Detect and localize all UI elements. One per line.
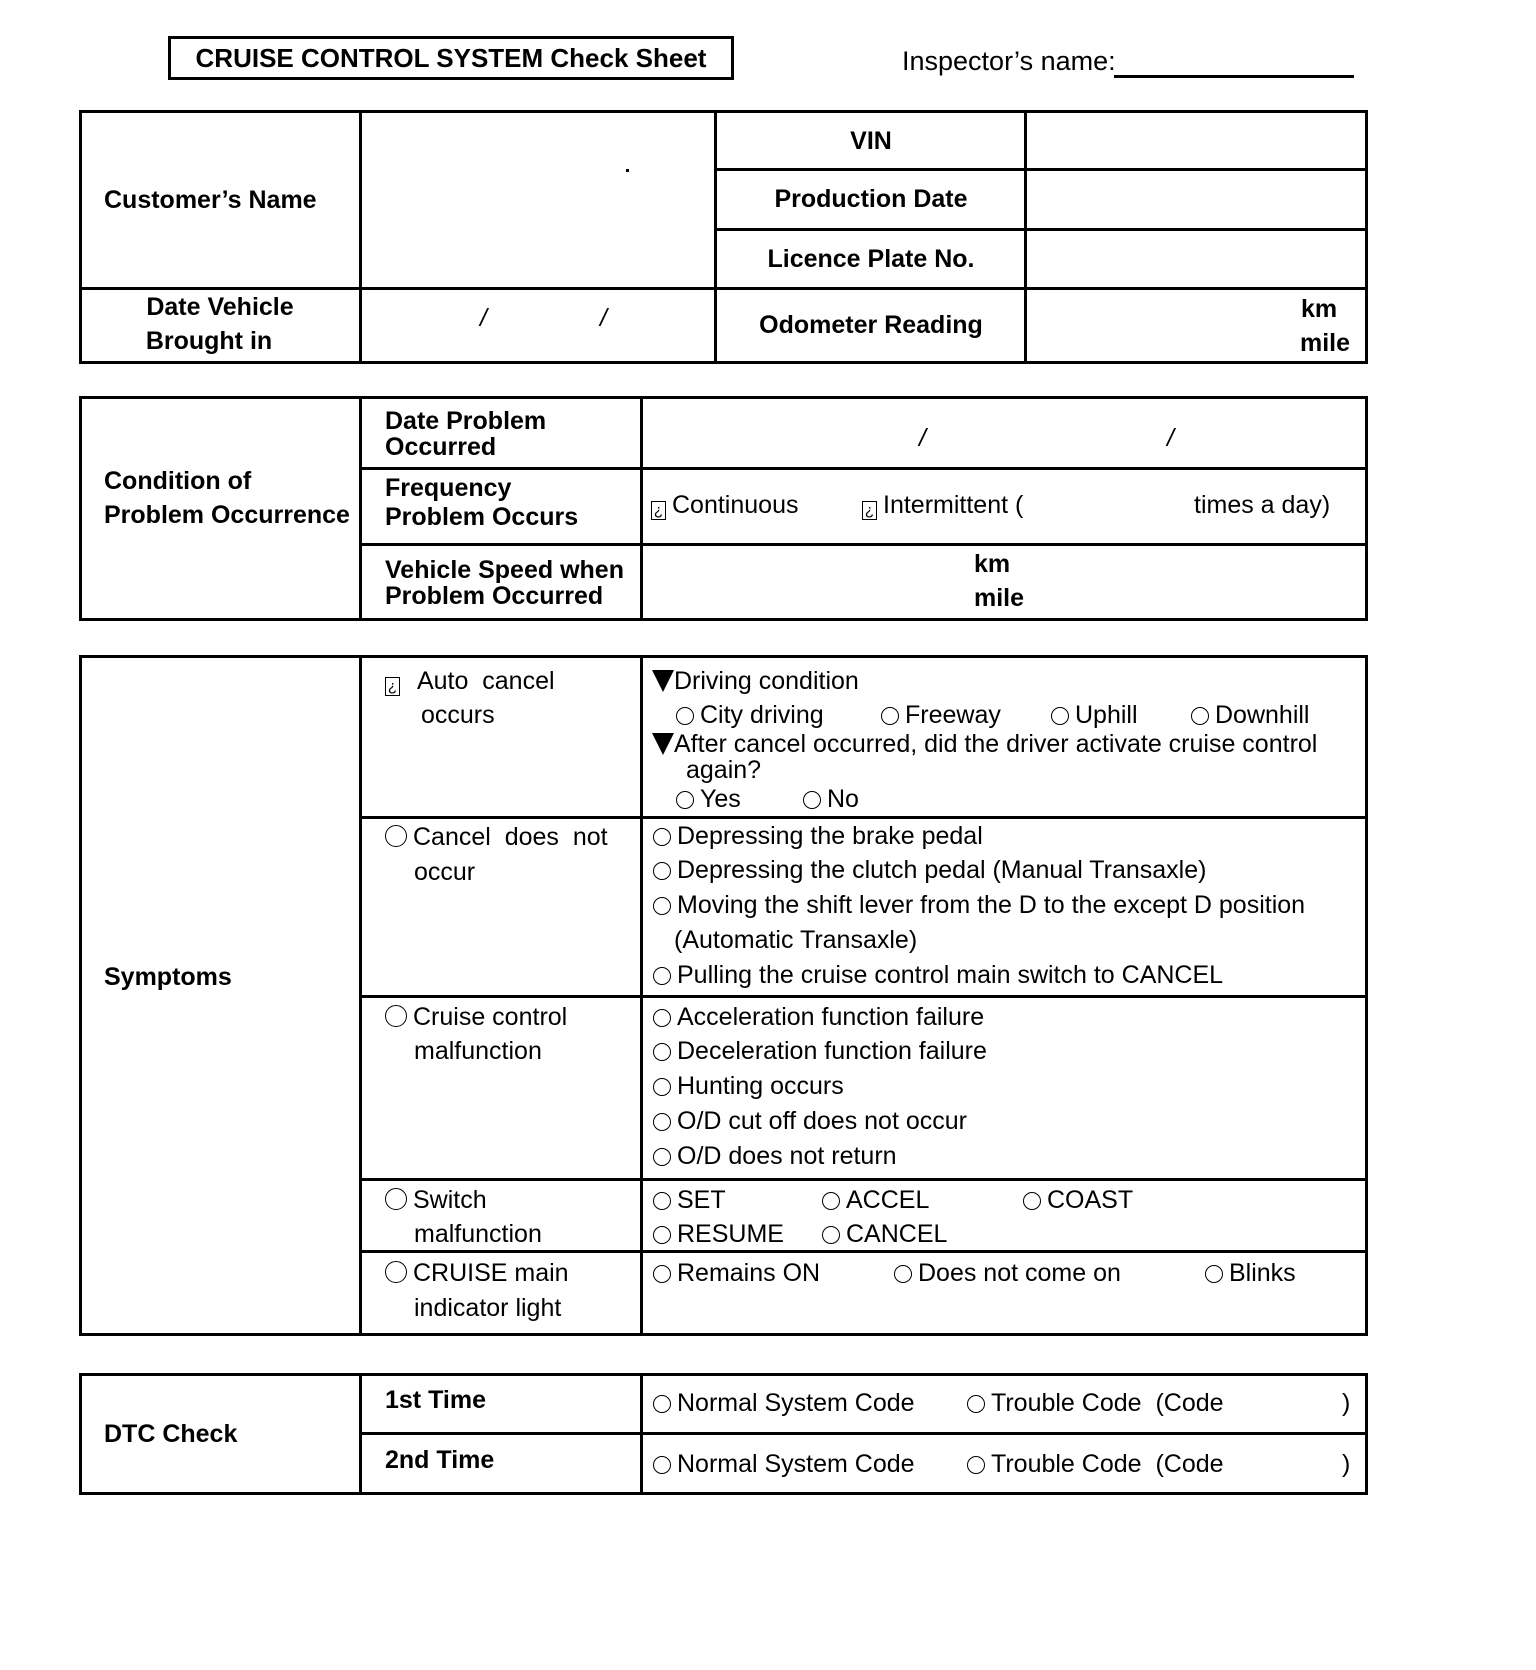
trouble-code-field[interactable] <box>1215 1440 1340 1490</box>
symptom-label-line1: CRUISE main <box>413 1259 569 1287</box>
option-label: Yes <box>700 785 741 813</box>
reactivate-option-no[interactable]: No <box>803 782 859 816</box>
switch-option-set[interactable]: SET <box>653 1183 726 1217</box>
speed-unit-mile: mile <box>974 581 1024 615</box>
cancel-option-continuation: (Automatic Transaxle) <box>674 923 917 957</box>
dtc-trouble-option[interactable]: Trouble Code (Code <box>967 1447 1224 1481</box>
date-brought-in-label-line1: Date Vehicle <box>80 290 360 324</box>
checkbox-icon[interactable]: ¿ <box>862 501 877 520</box>
triangle-down-icon <box>652 733 674 755</box>
malfunction-option[interactable]: O/D cut off does not occur <box>653 1104 967 1138</box>
indicator-option-not-come-on[interactable]: Does not come on <box>894 1256 1121 1290</box>
option-label: Trouble Code (Code <box>991 1389 1224 1417</box>
inspector-name-field[interactable] <box>1114 75 1354 78</box>
date-problem-label-line2: Occurred <box>385 434 546 460</box>
symptom-label-line1: Cancel does not <box>413 823 608 851</box>
radio-icon[interactable] <box>967 1395 985 1413</box>
date-separator: / <box>600 301 607 335</box>
driving-condition-option[interactable]: City driving <box>676 698 824 732</box>
radio-icon[interactable] <box>1051 707 1069 725</box>
dtc-normal-option[interactable]: Normal System Code <box>653 1447 915 1481</box>
option-label: RESUME <box>677 1220 784 1248</box>
checkbox-icon[interactable]: ¿ <box>385 677 400 696</box>
radio-icon[interactable] <box>822 1226 840 1244</box>
option-label: Pulling the cruise control main switch t… <box>677 961 1223 989</box>
symptom-indicator-light[interactable]: CRUISE main <box>385 1256 569 1290</box>
symptom-label-line2: malfunction <box>414 1034 542 1068</box>
divider <box>640 396 643 621</box>
radio-icon[interactable] <box>881 707 899 725</box>
dtc-section-label: DTC Check <box>104 1417 237 1451</box>
cancel-option[interactable]: Moving the shift lever from the D to the… <box>653 888 1305 922</box>
customer-name-field[interactable] <box>363 113 713 286</box>
driving-condition-option[interactable]: Downhill <box>1191 698 1309 732</box>
divider <box>359 467 1368 470</box>
radio-icon[interactable] <box>653 1043 671 1061</box>
option-label: Normal System Code <box>677 1389 915 1417</box>
option-label: Does not come on <box>918 1259 1121 1287</box>
production-date-field[interactable] <box>1028 172 1365 227</box>
dtc-row-label: 1st Time <box>385 1383 486 1417</box>
frequency-label-line1: Frequency <box>385 474 578 503</box>
option-label: Remains ON <box>677 1259 820 1287</box>
trouble-code-field[interactable] <box>1215 1380 1340 1428</box>
date-brought-in-label: Date Vehicle Brought in <box>80 290 360 358</box>
divider <box>359 396 362 621</box>
condition-label-line2: Problem Occurrence <box>104 498 350 532</box>
radio-icon[interactable] <box>385 1261 407 1283</box>
radio-icon[interactable] <box>653 1192 671 1210</box>
option-label: Hunting occurs <box>677 1072 844 1100</box>
times-per-day-field[interactable] <box>1040 480 1190 530</box>
radio-icon[interactable] <box>1191 707 1209 725</box>
date-separator: / <box>480 301 487 335</box>
radio-icon[interactable] <box>653 1265 671 1283</box>
checkbox-icon[interactable]: ¿ <box>651 501 666 520</box>
date-brought-in-label-line2: Brought in <box>80 324 360 358</box>
option-label: Blinks <box>1229 1259 1296 1287</box>
dtc-normal-option[interactable]: Normal System Code <box>653 1386 915 1420</box>
reactivate-question: After cancel occurred, did the driver ac… <box>652 731 1317 783</box>
date-brought-in-field[interactable]: / / <box>363 291 713 361</box>
frequency-label-line2: Problem Occurs <box>385 503 578 532</box>
symptom-label-line1: Cruise control <box>413 1003 567 1031</box>
frequency-option-label: Intermittent ( <box>883 491 1023 519</box>
option-label: Depressing the clutch pedal (Manual Tran… <box>677 856 1206 884</box>
option-label: O/D does not return <box>677 1142 897 1170</box>
vehicle-speed-label: Vehicle Speed when Problem Occurred <box>385 557 624 609</box>
symptom-label-line2: occur <box>414 855 475 889</box>
option-label: CANCEL <box>846 1220 947 1248</box>
malfunction-option[interactable]: Acceleration function failure <box>653 1000 984 1034</box>
close-paren: ) <box>1342 1447 1350 1481</box>
sheet-title: CRUISE CONTROL SYSTEM Check Sheet <box>168 36 734 80</box>
symptom-cancel-not-occur[interactable]: Cancel does not <box>385 820 608 854</box>
switch-option-resume[interactable]: RESUME <box>653 1217 784 1251</box>
option-label: Acceleration function failure <box>677 1003 984 1031</box>
radio-icon[interactable] <box>967 1456 985 1474</box>
condition-label-line1: Condition of <box>104 464 350 498</box>
close-paren: ) <box>1342 1386 1350 1420</box>
radio-icon[interactable] <box>653 897 671 915</box>
radio-icon[interactable] <box>653 1113 671 1131</box>
production-date-label: Production Date <box>717 182 1025 216</box>
date-separator: / <box>1167 421 1174 455</box>
divider <box>359 1178 1368 1181</box>
radio-icon[interactable] <box>653 1226 671 1244</box>
vehicle-speed-label-line1: Vehicle Speed when <box>385 557 624 583</box>
radio-icon[interactable] <box>653 1148 671 1166</box>
symptom-switch-malfunction[interactable]: Switch <box>385 1183 487 1217</box>
option-label: Trouble Code (Code <box>991 1450 1224 1478</box>
option-label: Uphill <box>1075 701 1138 729</box>
symptom-label-line2: indicator light <box>414 1291 561 1325</box>
reactivate-question-line2: again? <box>652 757 1317 783</box>
date-problem-field[interactable]: / / <box>644 399 1365 466</box>
vin-field[interactable] <box>1028 113 1365 168</box>
option-label: Deceleration function failure <box>677 1037 987 1065</box>
option-label: City driving <box>700 701 824 729</box>
divider <box>359 543 1368 546</box>
radio-icon[interactable] <box>653 828 671 846</box>
stray-dot <box>626 169 629 172</box>
malfunction-option[interactable]: Deceleration function failure <box>653 1034 987 1068</box>
licence-plate-field[interactable] <box>1028 232 1365 286</box>
switch-option-cancel[interactable]: CANCEL <box>822 1217 947 1251</box>
frequency-label: Frequency Problem Occurs <box>385 474 578 532</box>
triangle-down-icon <box>652 670 674 692</box>
radio-icon[interactable] <box>653 1456 671 1474</box>
dtc-trouble-option[interactable]: Trouble Code (Code <box>967 1386 1224 1420</box>
symptom-label-line1: Auto cancel <box>417 667 555 695</box>
radio-icon[interactable] <box>1023 1192 1041 1210</box>
frequency-option-label: Continuous <box>672 491 798 519</box>
radio-icon[interactable] <box>653 1395 671 1413</box>
symptom-cruise-malfunction[interactable]: Cruise control <box>385 1000 567 1034</box>
divider <box>359 995 1368 998</box>
divider <box>359 1432 1368 1435</box>
frequency-option-intermittent[interactable]: ¿Intermittent ( <box>862 488 1023 522</box>
switch-option-coast[interactable]: COAST <box>1023 1183 1133 1217</box>
option-label: Normal System Code <box>677 1450 915 1478</box>
radio-icon[interactable] <box>653 1078 671 1096</box>
radio-icon[interactable] <box>676 791 694 809</box>
radio-icon[interactable] <box>385 1005 407 1027</box>
radio-icon[interactable] <box>385 1188 407 1210</box>
cancel-option[interactable]: Depressing the clutch pedal (Manual Tran… <box>653 853 1206 887</box>
indicator-option-remains-on[interactable]: Remains ON <box>653 1256 820 1290</box>
odometer-label: Odometer Reading <box>717 308 1025 342</box>
vin-label: VIN <box>717 124 1025 158</box>
malfunction-option[interactable]: O/D does not return <box>653 1139 897 1173</box>
divider <box>714 228 1368 231</box>
malfunction-option[interactable]: Hunting occurs <box>653 1069 844 1103</box>
date-problem-label: Date Problem Occurred <box>385 408 546 460</box>
symptom-label-line1: Switch <box>413 1186 487 1214</box>
vehicle-speed-label-line2: Problem Occurred <box>385 583 624 609</box>
odometer-unit-mile: mile <box>1300 326 1350 360</box>
dtc-row-label: 2nd Time <box>385 1443 494 1477</box>
radio-icon[interactable] <box>653 862 671 880</box>
option-label: Depressing the brake pedal <box>677 822 983 850</box>
radio-icon[interactable] <box>653 967 671 985</box>
driving-condition-label: Driving condition <box>674 667 859 695</box>
customer-name-label: Customer’s Name <box>104 183 317 217</box>
symptom-auto-cancel[interactable]: ¿ Auto cancel <box>385 664 555 698</box>
divider <box>714 168 1368 171</box>
cancel-option[interactable]: Depressing the brake pedal <box>653 819 983 853</box>
radio-icon[interactable] <box>385 825 407 847</box>
option-label: SET <box>677 1186 726 1214</box>
driving-condition-heading: Driving condition <box>652 664 859 698</box>
licence-plate-label: Licence Plate No. <box>717 242 1025 276</box>
symptom-label-line2: occurs <box>421 698 495 732</box>
radio-icon[interactable] <box>676 707 694 725</box>
inspector-name-label: Inspector’s name: <box>902 46 1116 77</box>
frequency-option-continuous[interactable]: ¿Continuous <box>651 488 798 522</box>
reactivate-question-line1: After cancel occurred, did the driver ac… <box>674 730 1317 758</box>
indicator-option-blinks[interactable]: Blinks <box>1205 1256 1296 1290</box>
option-label: COAST <box>1047 1186 1133 1214</box>
option-label: No <box>827 785 859 813</box>
driving-condition-option[interactable]: Freeway <box>881 698 1001 732</box>
option-label: Downhill <box>1215 701 1309 729</box>
switch-option-accel[interactable]: ACCEL <box>822 1183 929 1217</box>
option-label: O/D cut off does not occur <box>677 1107 967 1135</box>
cancel-option[interactable]: Pulling the cruise control main switch t… <box>653 958 1223 992</box>
date-separator: / <box>919 421 926 455</box>
driving-condition-option[interactable]: Uphill <box>1051 698 1138 732</box>
date-problem-label-line1: Date Problem <box>385 408 546 434</box>
option-label: Freeway <box>905 701 1001 729</box>
reactivate-option-yes[interactable]: Yes <box>676 782 741 816</box>
radio-icon[interactable] <box>653 1009 671 1027</box>
radio-icon[interactable] <box>894 1265 912 1283</box>
symptom-label-line2: malfunction <box>414 1217 542 1251</box>
odometer-unit-km: km <box>1301 292 1337 326</box>
radio-icon[interactable] <box>822 1192 840 1210</box>
option-label: Moving the shift lever from the D to the… <box>677 891 1305 919</box>
condition-section-label: Condition of Problem Occurrence <box>104 464 350 532</box>
radio-icon[interactable] <box>1205 1265 1223 1283</box>
frequency-suffix: times a day) <box>1194 488 1330 522</box>
radio-icon[interactable] <box>803 791 821 809</box>
option-label: ACCEL <box>846 1186 929 1214</box>
speed-unit-km: km <box>974 547 1010 581</box>
symptoms-section-label: Symptoms <box>104 960 232 994</box>
